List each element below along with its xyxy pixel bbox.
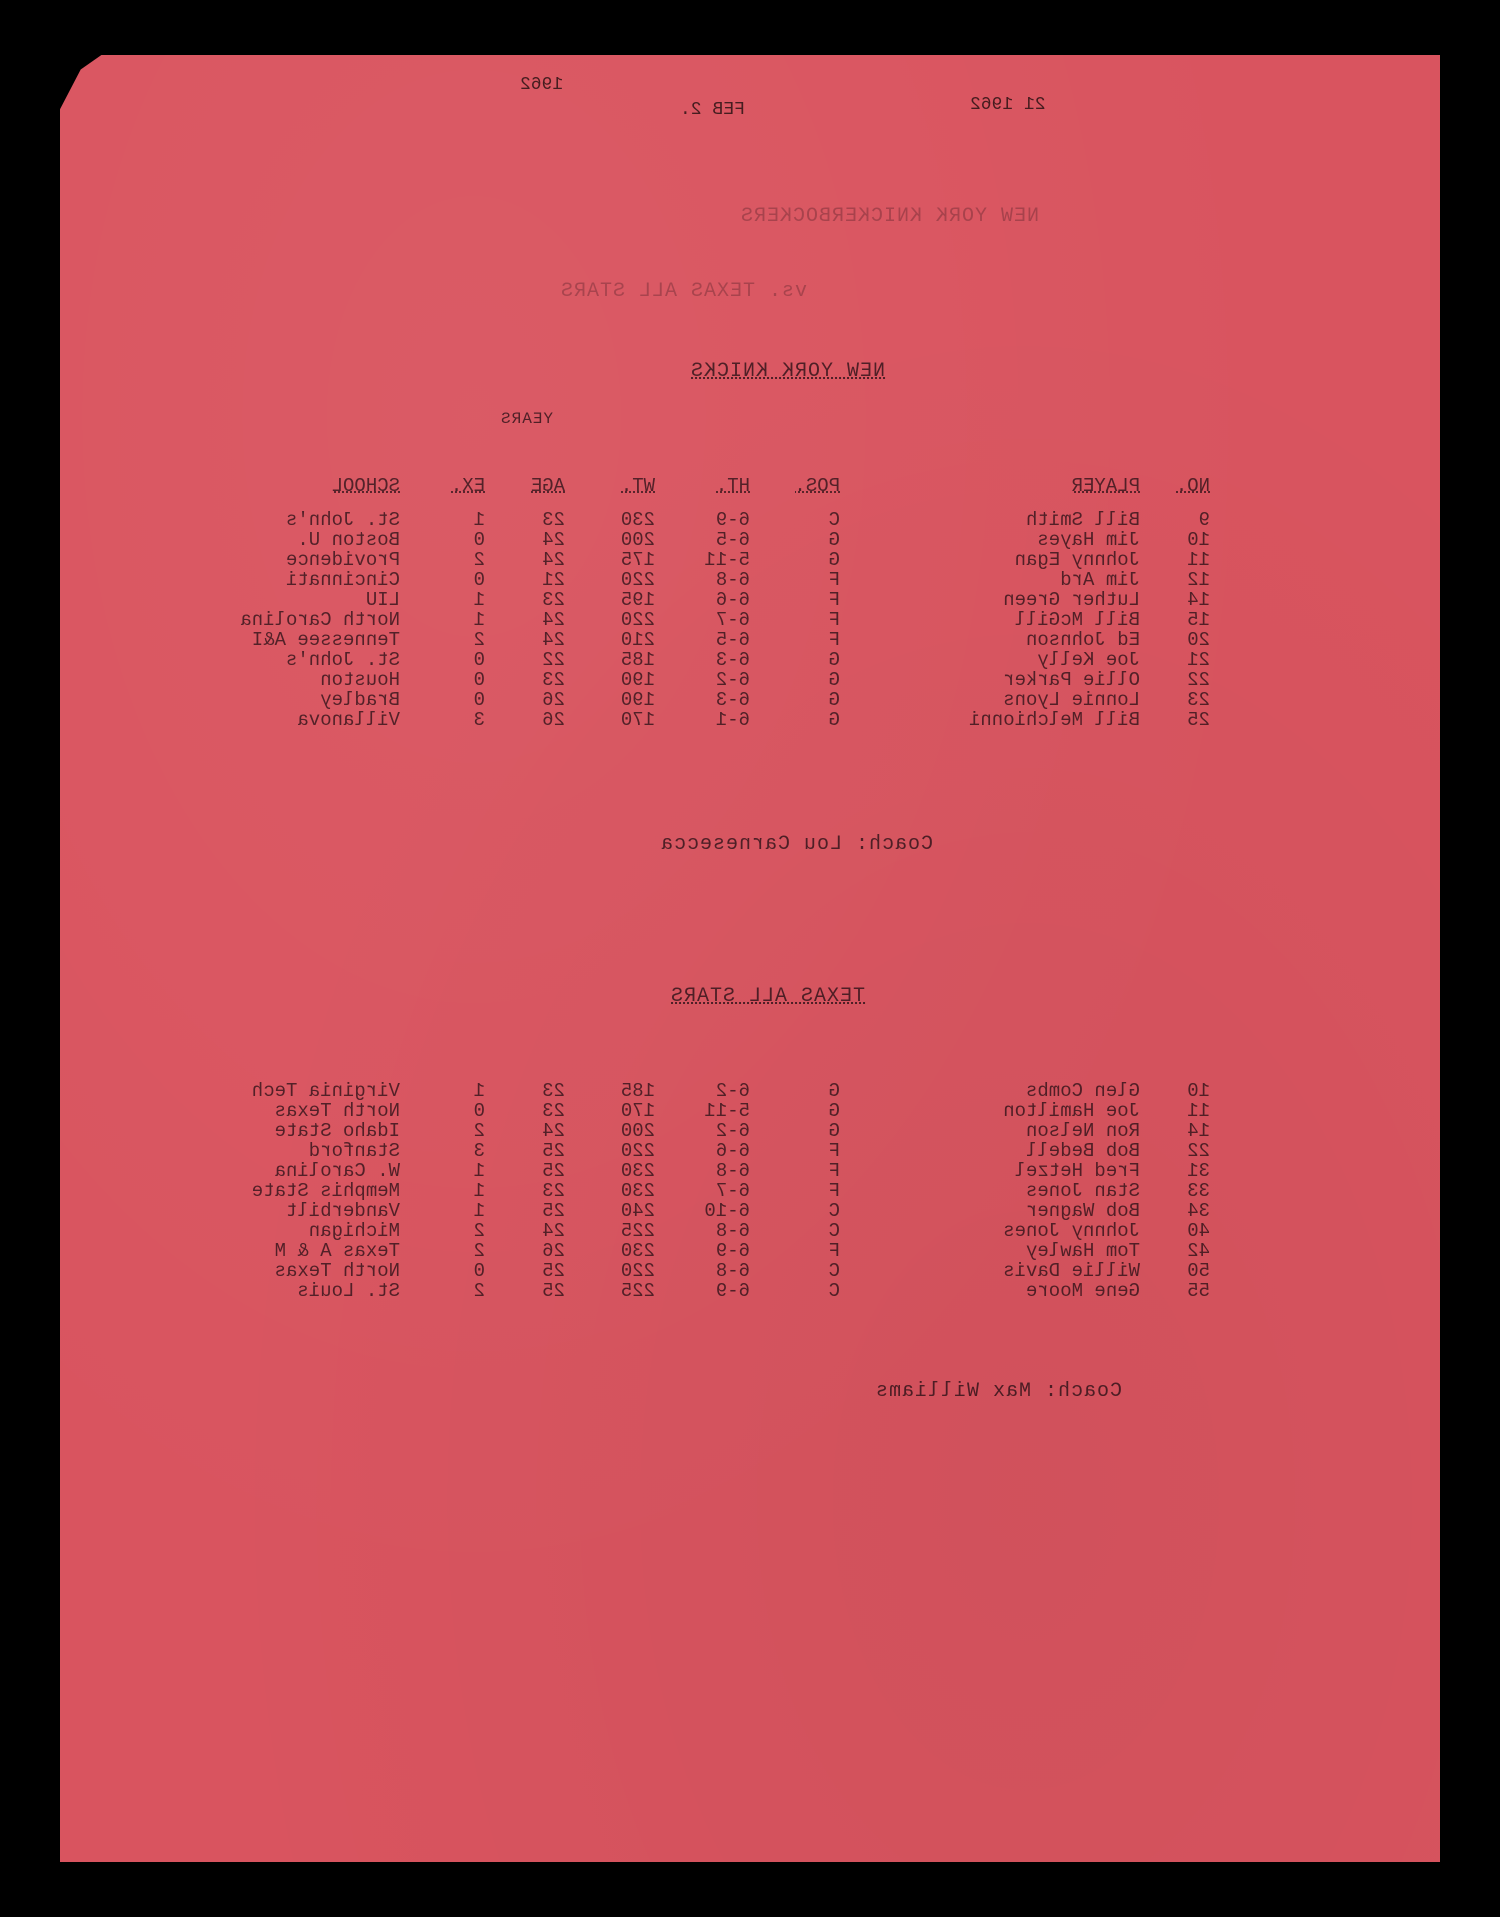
cell-no: 11 — [1140, 1101, 1210, 1121]
cell-exp: 2 — [400, 1241, 485, 1261]
cell-pos: G — [750, 530, 840, 550]
cell-age: 23 — [485, 1181, 565, 1201]
cell-player: Johnny Jones — [840, 1221, 1140, 1241]
cell-ht: 6-9 — [655, 510, 750, 530]
cell-no: 10 — [1140, 1081, 1210, 1101]
cell-pos: F — [750, 570, 840, 590]
col-ht: HT. — [655, 476, 750, 510]
cell-wt: 220 — [565, 1141, 655, 1161]
cell-wt: 190 — [565, 670, 655, 690]
table-row: 12Jim ArdF6-8220210Cincinnati — [170, 570, 1210, 590]
cell-no: 31 — [1140, 1161, 1210, 1181]
cell-player: Luther Green — [840, 590, 1140, 610]
cell-wt: 195 — [565, 590, 655, 610]
cell-player: Fred Hetzel — [840, 1161, 1140, 1181]
cell-ht: 5-11 — [655, 550, 750, 570]
cell-pos: F — [750, 1141, 840, 1161]
cell-player: Gene Moore — [840, 1281, 1140, 1301]
cell-ht: 6-8 — [655, 1221, 750, 1241]
cell-pos: F — [750, 630, 840, 650]
cell-school: Tennessee A&I — [170, 630, 400, 650]
col-wt: WT. — [565, 476, 655, 510]
cell-school: Villanova — [170, 710, 400, 730]
cell-wt: 225 — [565, 1221, 655, 1241]
cell-age: 26 — [485, 690, 565, 710]
cell-player: Stan Jones — [840, 1181, 1140, 1201]
cell-pos: G — [750, 710, 840, 730]
cell-school: Bradley — [170, 690, 400, 710]
table-row: 42Tom HawleyF6-9230262Texas A & M — [170, 1241, 1210, 1261]
faint-header-line-1: NEW YORK KNICKERBOCKERS — [740, 205, 1039, 228]
cell-exp: 2 — [400, 550, 485, 570]
cell-exp: 3 — [400, 710, 485, 730]
table1-coach: Coach: Lou Carnesecca — [660, 833, 933, 856]
cell-wt: 220 — [565, 610, 655, 630]
cell-player: Willie Davis — [840, 1261, 1140, 1281]
cell-no: 12 — [1140, 570, 1210, 590]
table2-title: TEXAS ALL STARS — [670, 985, 865, 1008]
cell-player: Bob Bedell — [840, 1141, 1140, 1161]
table1: NO. PLAYER POS. HT. WT. AGE EX. SCHOOL 9… — [170, 476, 1210, 730]
cell-pos: G — [750, 690, 840, 710]
cell-exp: 0 — [400, 690, 485, 710]
cell-no: 42 — [1140, 1241, 1210, 1261]
table-row: 14Ron NelsonG6-2200242Idaho State — [170, 1121, 1210, 1141]
cell-school: Texas A & M — [170, 1241, 400, 1261]
cell-exp: 2 — [400, 1121, 485, 1141]
cell-age: 22 — [485, 650, 565, 670]
cell-ht: 6-2 — [655, 1121, 750, 1141]
cell-pos: G — [750, 670, 840, 690]
cell-exp: 1 — [400, 1181, 485, 1201]
cell-player: Lonnie Lyons — [840, 690, 1140, 710]
cell-exp: 1 — [400, 1201, 485, 1221]
cell-age: 26 — [485, 1241, 565, 1261]
table-row: 9Bill SmithC6-9230231St. John's — [170, 510, 1210, 530]
cell-school: Idaho State — [170, 1121, 400, 1141]
cell-school: Boston U. — [170, 530, 400, 550]
cell-wt: 210 — [565, 630, 655, 650]
cell-pos: G — [750, 1081, 840, 1101]
cell-wt: 185 — [565, 650, 655, 670]
cell-age: 26 — [485, 710, 565, 730]
top-stamp-3: 21 1962 — [970, 95, 1046, 115]
cell-player: Joe Kelly — [840, 650, 1140, 670]
table2-roster: 10Glen CombsG6-2185231Virginia Tech11Joe… — [170, 1045, 1210, 1337]
cell-age: 23 — [485, 1101, 565, 1121]
cell-ht: 6-5 — [655, 530, 750, 550]
cell-wt: 170 — [565, 1101, 655, 1121]
col-exp: EX. — [400, 476, 485, 510]
cell-no: 22 — [1140, 1141, 1210, 1161]
table-row: 15Bill McGillF6-7220241North Carolina — [170, 610, 1210, 630]
col-player: PLAYER — [840, 476, 1140, 510]
table-row: 50Willie DavisC6-8220250North Texas — [170, 1261, 1210, 1281]
cell-exp: 0 — [400, 1261, 485, 1281]
cell-exp: 1 — [400, 510, 485, 530]
cell-pos: C — [750, 510, 840, 530]
cell-no: 40 — [1140, 1221, 1210, 1241]
cell-school: Stanford — [170, 1141, 400, 1161]
cell-school: St. Louis — [170, 1281, 400, 1301]
cell-ht: 6-6 — [655, 590, 750, 610]
cell-school: North Texas — [170, 1101, 400, 1121]
table-row: 34Bob WagnerC6-10240251Vanderbilt — [170, 1201, 1210, 1221]
cell-exp: 1 — [400, 610, 485, 630]
cell-ht: 5-11 — [655, 1101, 750, 1121]
table-row: 23Lonnie LyonsG6-3190260Bradley — [170, 690, 1210, 710]
table1-header-row: NO. PLAYER POS. HT. WT. AGE EX. SCHOOL — [170, 476, 1210, 510]
cell-pos: C — [750, 1261, 840, 1281]
cell-pos: G — [750, 1101, 840, 1121]
table-row: 10Jim HayesG6-5200240Boston U. — [170, 530, 1210, 550]
cell-no: 15 — [1140, 610, 1210, 630]
cell-pos: G — [750, 550, 840, 570]
cell-ht: 6-8 — [655, 570, 750, 590]
cell-school: Memphis State — [170, 1181, 400, 1201]
cell-school: St. John's — [170, 650, 400, 670]
cell-wt: 240 — [565, 1201, 655, 1221]
cell-player: Ron Nelson — [840, 1121, 1140, 1141]
cell-age: 25 — [485, 1201, 565, 1221]
cell-age: 24 — [485, 550, 565, 570]
cell-exp: 0 — [400, 670, 485, 690]
col-pos: POS. — [750, 476, 840, 510]
top-stamp-1: 1962 — [520, 75, 563, 95]
cell-no: 14 — [1140, 590, 1210, 610]
cell-wt: 220 — [565, 1261, 655, 1281]
cell-ht: 6-7 — [655, 1181, 750, 1201]
cell-ht: 6-2 — [655, 1081, 750, 1101]
cell-player: Johnny Egan — [840, 550, 1140, 570]
table-row: 31Fred HetzelF6-8230251W. Carolina — [170, 1161, 1210, 1181]
cell-school: Vanderbilt — [170, 1201, 400, 1221]
cell-school: Houston — [170, 670, 400, 690]
cell-exp: 3 — [400, 1141, 485, 1161]
cell-wt: 230 — [565, 1161, 655, 1181]
cell-pos: F — [750, 610, 840, 630]
cell-exp: 1 — [400, 1161, 485, 1181]
red-paper-sheet: 1962 FEB 2. 21 1962 NEW YORK KNICKERBOCK… — [60, 55, 1440, 1862]
cell-pos: C — [750, 1221, 840, 1241]
cell-age: 23 — [485, 1081, 565, 1101]
cell-pos: F — [750, 590, 840, 610]
faint-header-line-2: vs. TEXAS ALL STARS — [560, 280, 807, 303]
cell-ht: 6-3 — [655, 650, 750, 670]
cell-exp: 2 — [400, 630, 485, 650]
cell-player: Bill Melchionni — [840, 710, 1140, 730]
cell-wt: 225 — [565, 1281, 655, 1301]
col-no: NO. — [1140, 476, 1210, 510]
cell-wt: 175 — [565, 550, 655, 570]
cell-ht: 6-2 — [655, 670, 750, 690]
cell-wt: 170 — [565, 710, 655, 730]
cell-no: 11 — [1140, 550, 1210, 570]
cell-ht: 6-5 — [655, 630, 750, 650]
cell-age: 21 — [485, 570, 565, 590]
top-stamp-2: FEB 2. — [680, 100, 745, 120]
cell-ht: 6-9 — [655, 1281, 750, 1301]
cell-exp: 1 — [400, 590, 485, 610]
table-row: 21Joe KellyG6-3185220St. John's — [170, 650, 1210, 670]
cell-exp: 0 — [400, 1101, 485, 1121]
cell-wt: 230 — [565, 510, 655, 530]
cell-age: 24 — [485, 1121, 565, 1141]
cell-no: 23 — [1140, 690, 1210, 710]
cell-pos: G — [750, 1121, 840, 1141]
cell-ht: 6-8 — [655, 1161, 750, 1181]
cell-player: Bill Smith — [840, 510, 1140, 530]
cell-player: Bob Wagner — [840, 1201, 1140, 1221]
cell-player: Bill McGill — [840, 610, 1140, 630]
table-row: 11Joe HamiltonG5-11170230North Texas — [170, 1101, 1210, 1121]
cell-school: Providence — [170, 550, 400, 570]
cell-pos: C — [750, 1201, 840, 1221]
cell-ht: 6-8 — [655, 1261, 750, 1281]
cell-wt: 200 — [565, 530, 655, 550]
cell-player: Jim Hayes — [840, 530, 1140, 550]
cell-age: 25 — [485, 1141, 565, 1161]
table2: 10Glen CombsG6-2185231Virginia Tech11Joe… — [170, 1081, 1210, 1301]
cell-exp: 2 — [400, 1281, 485, 1301]
cell-age: 23 — [485, 670, 565, 690]
cell-no: 33 — [1140, 1181, 1210, 1201]
cell-ht: 6-3 — [655, 690, 750, 710]
cell-age: 24 — [485, 630, 565, 650]
cell-age: 24 — [485, 530, 565, 550]
cell-ht: 6-10 — [655, 1201, 750, 1221]
cell-age: 25 — [485, 1161, 565, 1181]
cell-wt: 185 — [565, 1081, 655, 1101]
cell-no: 21 — [1140, 650, 1210, 670]
cell-no: 25 — [1140, 710, 1210, 730]
cell-wt: 190 — [565, 690, 655, 710]
cell-school: Cincinnati — [170, 570, 400, 590]
cell-no: 10 — [1140, 530, 1210, 550]
cell-age: 24 — [485, 610, 565, 630]
cell-age: 25 — [485, 1281, 565, 1301]
cell-wt: 230 — [565, 1181, 655, 1201]
cell-player: Glen Combs — [840, 1081, 1140, 1101]
cell-no: 34 — [1140, 1201, 1210, 1221]
cell-player: Jim Ard — [840, 570, 1140, 590]
cell-school: North Texas — [170, 1261, 400, 1281]
cell-wt: 230 — [565, 1241, 655, 1261]
years-label: YEARS — [500, 410, 553, 428]
cell-no: 20 — [1140, 630, 1210, 650]
col-age: AGE — [485, 476, 565, 510]
cell-exp: 0 — [400, 650, 485, 670]
cell-exp: 0 — [400, 530, 485, 550]
cell-ht: 6-7 — [655, 610, 750, 630]
table-row: 22Bob BedellF6-6220253Stanford — [170, 1141, 1210, 1161]
table-row: 40Johnny JonesC6-8225242Michigan — [170, 1221, 1210, 1241]
table-row: 14Luther GreenF6-6195231LIU — [170, 590, 1210, 610]
cell-no: 50 — [1140, 1261, 1210, 1281]
table1-title: NEW YORK KNICKS — [690, 360, 885, 383]
table-row: 25Bill MelchionniG6-1170263Villanova — [170, 710, 1210, 730]
cell-exp: 2 — [400, 1221, 485, 1241]
cell-age: 23 — [485, 590, 565, 610]
cell-pos: G — [750, 650, 840, 670]
cell-wt: 220 — [565, 570, 655, 590]
table1-roster: NO. PLAYER POS. HT. WT. AGE EX. SCHOOL 9… — [170, 440, 1210, 766]
cell-no: 55 — [1140, 1281, 1210, 1301]
table-row: 22Ollie ParkerG6-2190230Houston — [170, 670, 1210, 690]
cell-wt: 200 — [565, 1121, 655, 1141]
cell-age: 23 — [485, 510, 565, 530]
cell-pos: F — [750, 1181, 840, 1201]
table-row: 11Johnny EganG5-11175242Providence — [170, 550, 1210, 570]
table-row: 20Ed JohnsonF6-5210242Tennessee A&I — [170, 630, 1210, 650]
cell-player: Ed Johnson — [840, 630, 1140, 650]
cell-age: 24 — [485, 1221, 565, 1241]
cell-age: 25 — [485, 1261, 565, 1281]
cell-no: 9 — [1140, 510, 1210, 530]
cell-ht: 6-1 — [655, 710, 750, 730]
cell-exp: 0 — [400, 570, 485, 590]
cell-no: 22 — [1140, 670, 1210, 690]
cell-pos: F — [750, 1241, 840, 1261]
cell-school: LIU — [170, 590, 400, 610]
cell-school: North Carolina — [170, 610, 400, 630]
table-row: 10Glen CombsG6-2185231Virginia Tech — [170, 1081, 1210, 1101]
cell-pos: C — [750, 1281, 840, 1301]
cell-player: Joe Hamilton — [840, 1101, 1140, 1121]
cell-school: St. John's — [170, 510, 400, 530]
cell-ht: 6-9 — [655, 1241, 750, 1261]
cell-player: Tom Hawley — [840, 1241, 1140, 1261]
cell-ht: 6-6 — [655, 1141, 750, 1161]
cell-school: Virginia Tech — [170, 1081, 400, 1101]
table-row: 33Stan JonesF6-7230231Memphis State — [170, 1181, 1210, 1201]
table2-coach: Coach: Max Williams — [875, 1380, 1122, 1403]
cell-pos: F — [750, 1161, 840, 1181]
table-row: 55Gene MooreC6-9225252St. Louis — [170, 1281, 1210, 1301]
cell-no: 14 — [1140, 1121, 1210, 1141]
cell-school: W. Carolina — [170, 1161, 400, 1181]
cell-exp: 1 — [400, 1081, 485, 1101]
cell-player: Ollie Parker — [840, 670, 1140, 690]
cell-school: Michigan — [170, 1221, 400, 1241]
col-school: SCHOOL — [170, 476, 400, 510]
